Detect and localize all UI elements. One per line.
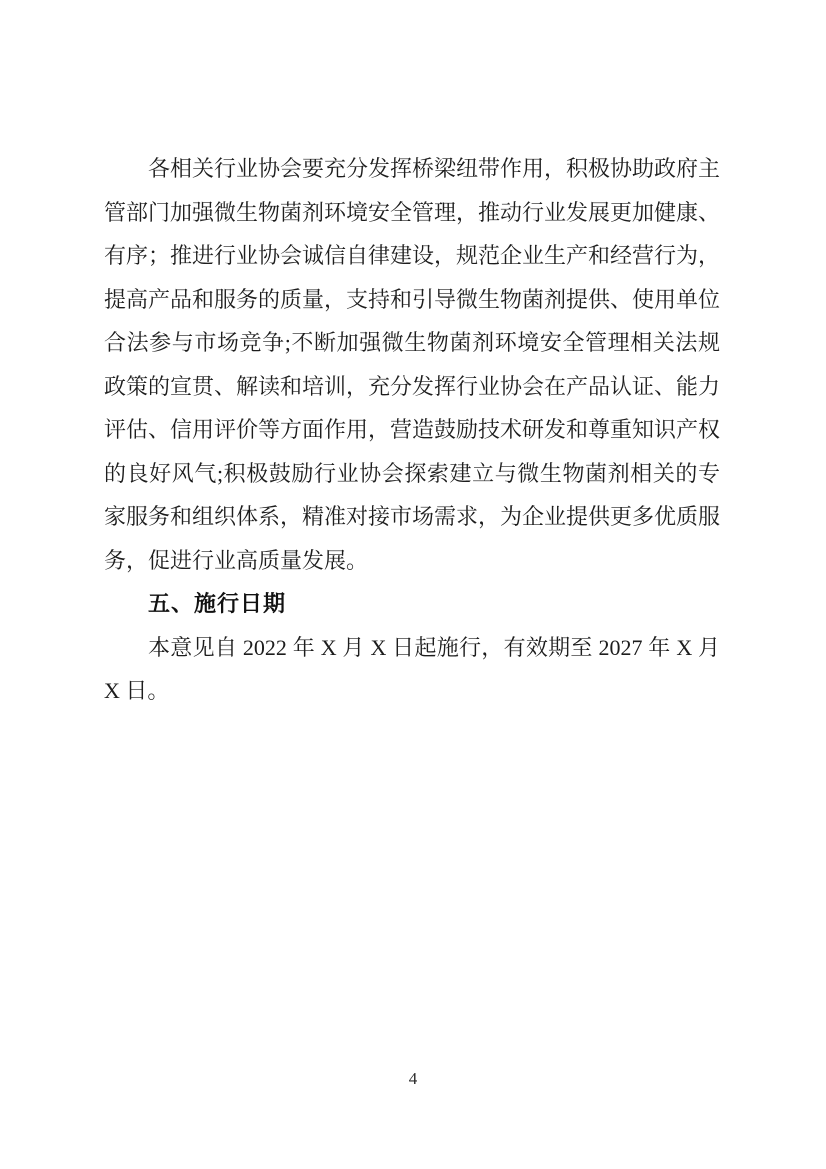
page-footer: 4 (0, 1068, 826, 1090)
paragraph1-line: 评估、信用评价等方面作用，营造鼓励技术研发和尊重知识产权 (104, 408, 720, 452)
document-page: 各相关行业协会要充分发挥桥梁纽带作用，积极协助政府主 管部门加强微生物菌剂环境安… (0, 0, 826, 1169)
paragraph1-line: 有序；推进行业协会诚信自律建设，规范企业生产和经营行为， (104, 234, 720, 278)
page-number: 4 (409, 1069, 418, 1088)
paragraph1-line: 务，促进行业高质量发展。 (104, 539, 720, 583)
paragraph2-line: 本意见自 2022 年 X 月 X 日起施行，有效期至 2027 年 X 月 (104, 626, 720, 670)
paragraph1-line: 家服务和组织体系，精准对接市场需求，为企业提供更多优质服 (104, 495, 720, 539)
section-heading: 五、施行日期 (104, 582, 720, 626)
paragraph1-line: 提高产品和服务的质量，支持和引导微生物菌剂提供、使用单位 (104, 278, 720, 322)
paragraph1-line: 管部门加强微生物菌剂环境安全管理，推动行业发展更加健康、 (104, 191, 720, 235)
paragraph1-line: 合法参与市场竞争;不断加强微生物菌剂环境安全管理相关法规 (104, 321, 720, 365)
paragraph2-line: X 日。 (104, 669, 720, 713)
document-body: 各相关行业协会要充分发挥桥梁纽带作用，积极协助政府主 管部门加强微生物菌剂环境安… (104, 147, 720, 713)
paragraph1-line: 政策的宣贯、解读和培训，充分发挥行业协会在产品认证、能力 (104, 365, 720, 409)
paragraph1-line: 各相关行业协会要充分发挥桥梁纽带作用，积极协助政府主 (104, 147, 720, 191)
paragraph1-line: 的良好风气;积极鼓励行业协会探索建立与微生物菌剂相关的专 (104, 452, 720, 496)
